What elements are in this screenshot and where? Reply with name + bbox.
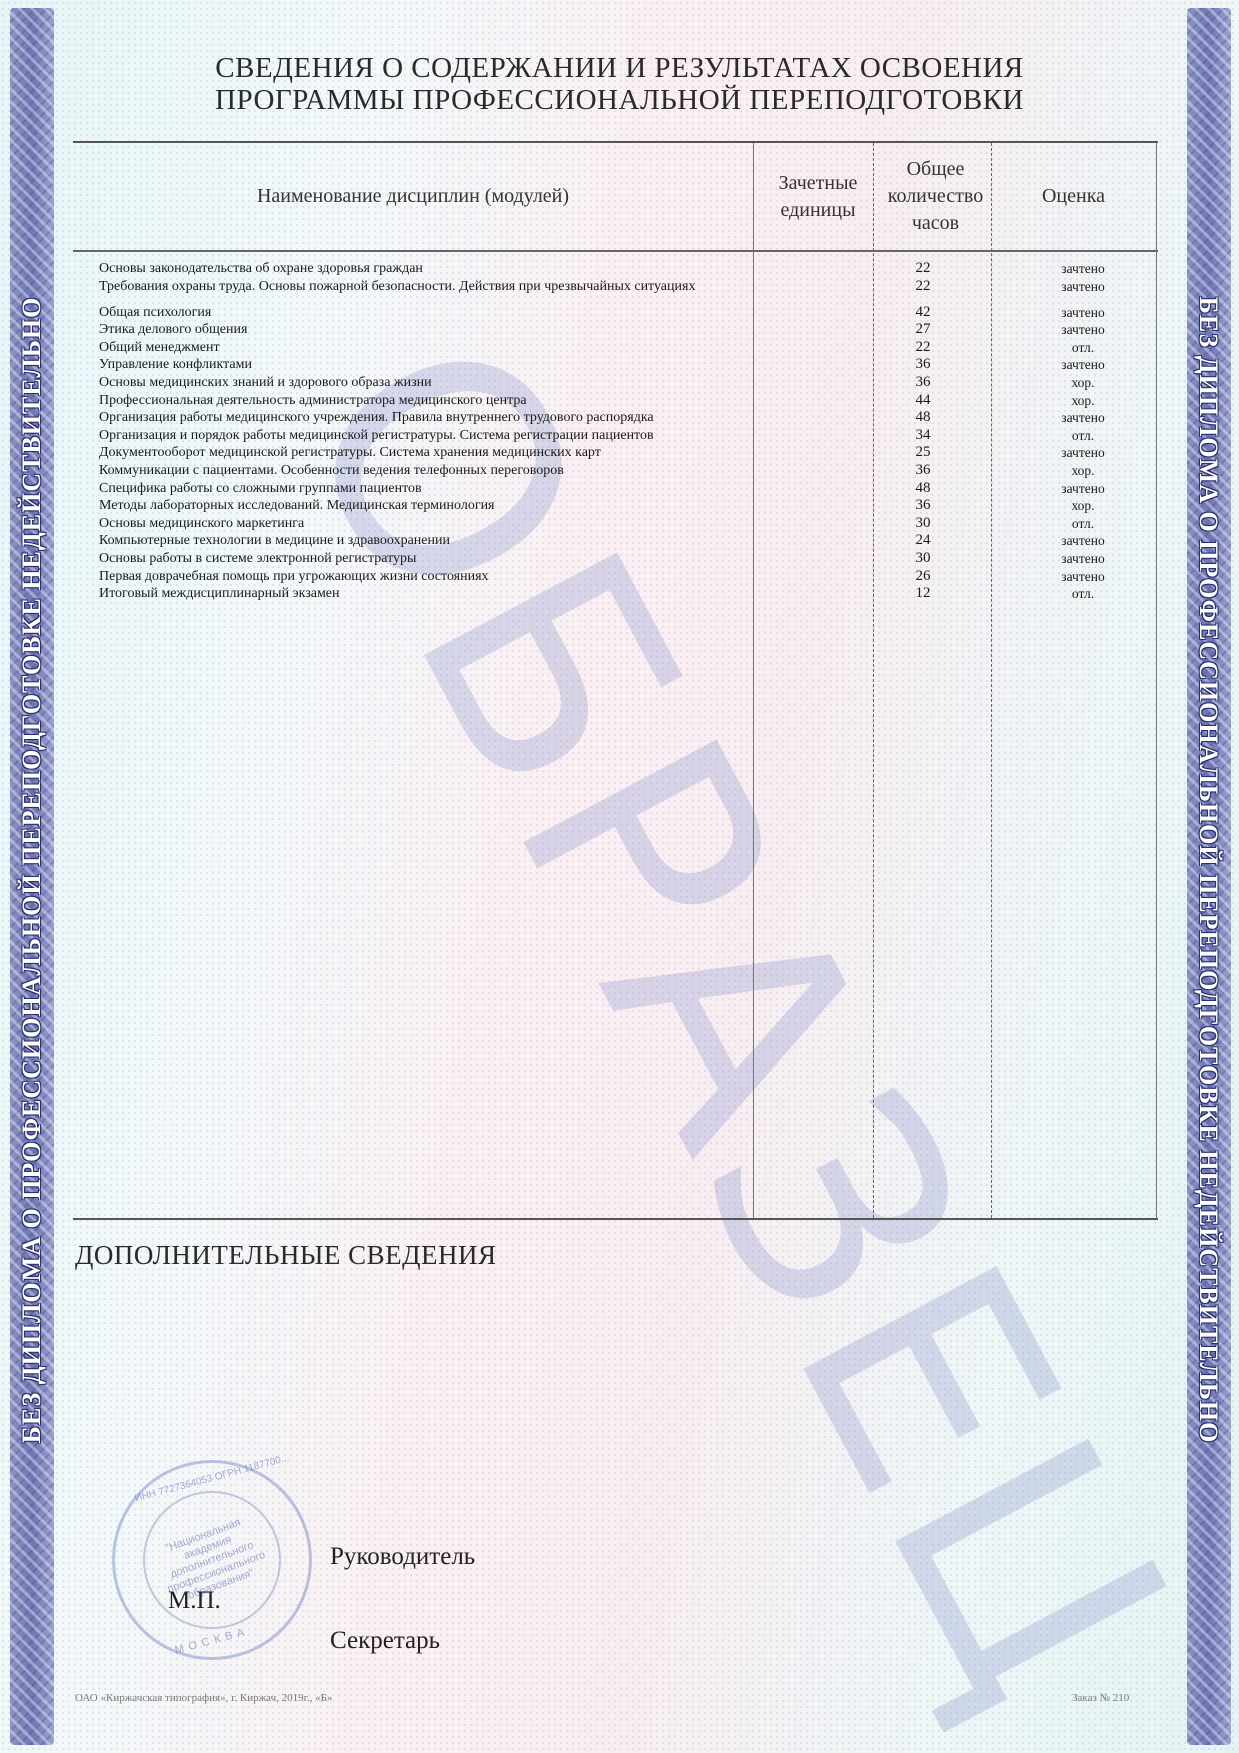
title-line-2: ПРОГРАММЫ ПРОФЕССИОНАЛЬНОЙ ПЕРЕПОДГОТОВК… (0, 84, 1239, 116)
discipline-name: Организация работы медицинского учрежден… (99, 410, 759, 425)
discipline-name: Основы работы в системе электронной реги… (99, 551, 759, 566)
discipline-hours: 36 (898, 463, 948, 478)
column-divider (991, 143, 992, 1218)
discipline-hours: 48 (898, 481, 948, 496)
discipline-grade: зачтено (1023, 322, 1143, 337)
order-number: Заказ № 210 (1072, 1692, 1129, 1704)
discipline-name: Общая психология (99, 305, 759, 320)
discipline-name: Специфика работы со сложными группами па… (99, 481, 759, 496)
header-name: Наименование дисциплин (модулей) (73, 143, 753, 250)
discipline-name: Основы законодательства об охране здоров… (99, 261, 759, 276)
discipline-name: Коммуникации с пациентами. Особенности в… (99, 463, 759, 478)
discipline-hours: 44 (898, 393, 948, 408)
discipline-grade: отл. (1023, 586, 1143, 601)
discipline-grade: зачтено (1023, 357, 1143, 372)
discipline-hours: 48 (898, 410, 948, 425)
discipline-hours: 25 (898, 445, 948, 460)
discipline-grade: отл. (1023, 516, 1143, 531)
header-divider (73, 250, 1158, 252)
header-credits: Зачетные единицы (773, 143, 863, 250)
discipline-name: Документооборот медицинской регистратуры… (99, 445, 759, 460)
discipline-name: Первая доврачебная помощь при угрожающих… (99, 569, 759, 584)
discipline-hours: 26 (898, 569, 948, 584)
discipline-name: Методы лабораторных исследований. Медици… (99, 498, 759, 513)
header-grade: Оценка (991, 143, 1156, 250)
discipline-name: Организация и порядок работы медицинской… (99, 428, 759, 443)
discipline-hours: 27 (898, 322, 948, 337)
discipline-grade: зачтено (1023, 261, 1143, 276)
discipline-name: Компьютерные технологии в медицине и здр… (99, 533, 759, 548)
discipline-name: Управление конфликтами (99, 357, 759, 372)
discipline-grade: хор. (1023, 498, 1143, 513)
disciplines-table: Наименование дисциплин (модулей) Зачетны… (73, 141, 1158, 1220)
header-hours: Общее количество часов (883, 143, 988, 250)
discipline-name: Общий менеджмент (99, 340, 759, 355)
discipline-hours: 34 (898, 428, 948, 443)
signature-head-label: Руководитель (330, 1543, 475, 1571)
discipline-grade: зачтено (1023, 279, 1143, 294)
discipline-grade: зачтено (1023, 445, 1143, 460)
discipline-name: Основы медицинского маркетинга (99, 516, 759, 531)
discipline-grade: хор. (1023, 393, 1143, 408)
discipline-hours: 42 (898, 305, 948, 320)
discipline-grade: отл. (1023, 428, 1143, 443)
discipline-hours: 22 (898, 340, 948, 355)
discipline-name: Основы медицинских знаний и здорового об… (99, 375, 759, 390)
seal-stamp: ИНН 7727364053 ОГРН 1187700... "Национал… (112, 1460, 312, 1660)
discipline-hours: 30 (898, 516, 948, 531)
side-text-left: БЕЗ ДИПЛОМА О ПРОФЕССИОНАЛЬНОЙ ПЕРЕПОДГО… (17, 297, 47, 1444)
discipline-name: Профессиональная деятельность администра… (99, 393, 759, 408)
discipline-hours: 22 (898, 261, 948, 276)
discipline-name: Итоговый междисциплинарный экзамен (99, 586, 759, 601)
discipline-hours: 36 (898, 498, 948, 513)
printer-info: ОАО «Киржачская типография», г. Киржач, … (75, 1692, 333, 1704)
discipline-hours: 36 (898, 357, 948, 372)
discipline-hours: 22 (898, 279, 948, 294)
title-line-1: СВЕДЕНИЯ О СОДЕРЖАНИИ И РЕЗУЛЬТАТАХ ОСВО… (0, 52, 1239, 84)
discipline-grade: хор. (1023, 375, 1143, 390)
seal-label: М.П. (168, 1587, 221, 1615)
side-text-right: БЕЗ ДИПЛОМА О ПРОФЕССИОНАЛЬНОЙ ПЕРЕПОДГО… (1193, 297, 1223, 1444)
column-divider (873, 143, 874, 1218)
table-right-edge (1156, 143, 1157, 1218)
document-title: СВЕДЕНИЯ О СОДЕРЖАНИИ И РЕЗУЛЬТАТАХ ОСВО… (0, 52, 1239, 116)
discipline-grade: зачтено (1023, 410, 1143, 425)
discipline-hours: 30 (898, 551, 948, 566)
discipline-name: Требования охраны труда. Основы пожарной… (99, 279, 759, 294)
discipline-grade: зачтено (1023, 533, 1143, 548)
discipline-grade: хор. (1023, 463, 1143, 478)
signature-secretary-label: Секретарь (330, 1627, 440, 1655)
discipline-grade: зачтено (1023, 551, 1143, 566)
discipline-hours: 36 (898, 375, 948, 390)
additional-info-title: ДОПОЛНИТЕЛЬНЫЕ СВЕДЕНИЯ (75, 1240, 497, 1271)
discipline-name: Этика делового общения (99, 322, 759, 337)
discipline-hours: 24 (898, 533, 948, 548)
discipline-grade: отл. (1023, 340, 1143, 355)
discipline-hours: 12 (898, 586, 948, 601)
discipline-grade: зачтено (1023, 569, 1143, 584)
discipline-grade: зачтено (1023, 305, 1143, 320)
discipline-grade: зачтено (1023, 481, 1143, 496)
